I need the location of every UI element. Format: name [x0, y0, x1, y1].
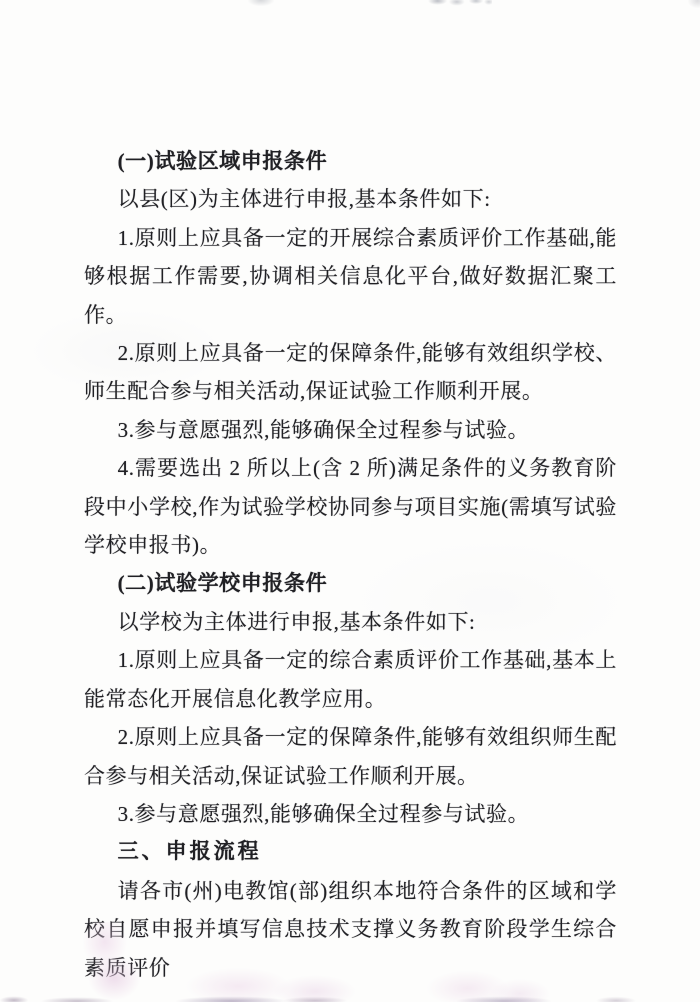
- region-intro-paragraph: 以县(区)为主体进行申报,基本条件如下:: [84, 180, 617, 218]
- school-condition-item-3: 3.参与意愿强烈,能够确保全过程参与试验。: [84, 795, 617, 833]
- region-condition-item-1: 1.原则上应具备一定的开展综合素质评价工作基础,能够根据工作需要,协调相关信息化…: [84, 219, 617, 334]
- heading-region-application-conditions: (一)试验区域申报条件: [84, 142, 617, 180]
- scanned-page: (一)试验区域申报条件 以县(区)为主体进行申报,基本条件如下: 1.原则上应具…: [0, 0, 700, 1002]
- scan-artifact-bottom-ghost-text: [0, 993, 700, 1002]
- scan-artifact-top-speck-1: [248, 0, 274, 6]
- heading-application-process: 三、申报流程: [84, 833, 617, 871]
- process-intro-paragraph: 请各市(州)电教馆(部)组织本地符合条件的区域和学校自愿申报并填写信息技术支撑义…: [84, 872, 617, 987]
- document-body: (一)试验区域申报条件 以县(区)为主体进行申报,基本条件如下: 1.原则上应具…: [84, 142, 617, 987]
- school-condition-item-2: 2.原则上应具备一定的保障条件,能够有效组织师生配合参与相关活动,保证试验工作顺…: [84, 718, 617, 795]
- region-condition-item-4: 4.需要选出 2 所以上(含 2 所)满足条件的义务教育阶段中小学校,作为试验学…: [84, 449, 617, 564]
- scan-artifact-top-speck-2: [428, 0, 492, 9]
- school-intro-paragraph: 以学校为主体进行申报,基本条件如下:: [84, 603, 617, 641]
- region-condition-item-2: 2.原则上应具备一定的保障条件,能够有效组织学校、师生配合参与相关活动,保证试验…: [84, 334, 617, 411]
- school-condition-item-1: 1.原则上应具备一定的综合素质评价工作基础,基本上能常态化开展信息化教学应用。: [84, 641, 617, 718]
- heading-school-application-conditions: (二)试验学校申报条件: [84, 564, 617, 602]
- region-condition-item-3: 3.参与意愿强烈,能够确保全过程参与试验。: [84, 411, 617, 449]
- scan-artifact-top-speck-3: [688, 0, 700, 8]
